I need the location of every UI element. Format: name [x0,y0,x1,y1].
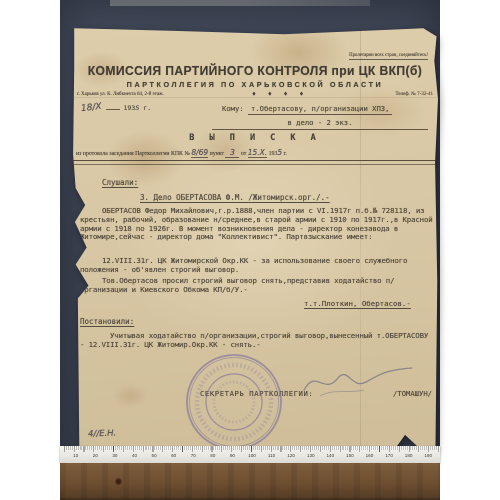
bio-paragraph: ОБЕРТАСОВ Федор Михайлович,г.р.1888,член… [80,207,434,242]
org-subtitle: ПАРТКОЛЛЕГИЯ ПО ХАРЬКОВСКОЙ ОБЛАСТИ [72,80,438,89]
protocol-item-label: пункт [210,151,224,157]
slogan-line: Пролетарии всех стран, соединяйтесь! [349,53,428,60]
measuring-ruler: 1020304050607080901001101201301401501601… [60,446,440,463]
org-title: КОМИССИЯ ПАРТИЙНОГО КОНТРОЛЯ при ЦК ВКП(… [77,64,432,78]
divider-stars: ♦ ♦ ♦ ♦ [252,90,307,98]
ruler-number: 160 [360,453,380,458]
date-printed: 193 [124,104,136,112]
protocol-item-handwritten: 3 [225,148,239,158]
ruler-number: 60 [164,453,184,458]
request-paragraph: Тов.Обертасов просил строгий выговор сня… [80,277,434,295]
copies-line: в дело - 2 экз. [212,118,428,130]
protocol-prefix: из протокола заседания Партколлегии КПК … [76,151,190,157]
document-paper: Пролетарии всех стран, соединяйтесь! КОМ… [72,27,438,451]
ruler-number: 110 [262,453,282,458]
ruler-number: 40 [125,453,145,458]
ruler-number: 10 [66,453,86,458]
protocol-number-handwritten: 8/69 [191,148,208,158]
ruler-number: 150 [340,453,360,458]
ruler-number: 140 [321,453,341,458]
date-blank [106,109,120,110]
ruler-number: 90 [223,453,243,458]
vypiska-title: В Ы П И С К А [72,133,438,143]
ruler-number: 80 [203,453,223,458]
wood-knot [115,477,122,486]
ruler-number: 50 [144,453,164,458]
auction-photo-page: Пролетарии всех стран, соединяйтесь! КОМ… [0,0,500,500]
wooden-table-edge [60,463,440,500]
ruler-number: 100 [242,453,262,458]
ruler-numbers: 1020304050607080901001101201301401501601… [66,453,438,458]
document-photo: Пролетарии всех стран, соединяйтесь! КОМ… [60,0,440,500]
background-edge [110,0,370,6]
address-line: г. Харьков ул. К. Либкнехта 64, 2-й этаж… [77,92,164,97]
paper-wrap: Пролетарии всех стран, соединяйтесь! КОМ… [72,27,438,451]
handwritten-date: 18/X [81,102,103,114]
ruler-number: 170 [379,453,399,458]
ruler-number: 30 [105,453,125,458]
date-row: 18/X 1935 г. [81,103,151,113]
ruler-number: 130 [301,453,321,458]
handwritten-archive-note: 4//Е.Н. [88,429,117,440]
ruler-5mm-ticks [64,446,440,452]
signature-scribble [300,360,418,402]
resolved-label: Постановили: [80,317,134,326]
ruler-number: 120 [281,453,301,458]
case-title-line: 3. Дело ОБЕРТАСОВА Ф.М. /Житомирск.орг./… [140,193,330,202]
ruler-number: 190 [418,453,438,458]
addressee-value: т.Обертасову, п/организации ХПЗ, [248,104,392,115]
heard-label: Слушали: [102,178,138,187]
addressee-label: Кому: [222,104,244,113]
protocol-line: из протокола заседания Партколлегии КПК … [76,148,434,158]
ruler-number: 20 [86,453,106,458]
date-suffix: г. [143,104,151,112]
date-year-digit: 5 [135,104,139,112]
round-stamp [175,343,294,462]
protocol-from: от [241,151,246,157]
protocol-date-handwritten: 15.X. [248,148,267,158]
horizontal-rule [73,160,437,161]
penalty-paragraph: 12.VIII.31г. ЦК Житомирской Окр.КК - за … [80,257,434,275]
protocol-year-digit: 5 [277,148,282,157]
protocol-year-suffix: г. [284,151,287,157]
addressee-row: Кому: т.Обертасову, п/организации ХПЗ, [222,104,392,113]
letterhead-info-row: г. Харьков ул. К. Либкнехта 64, 2-й этаж… [77,90,433,98]
ruler-number: 180 [399,453,419,458]
phone-line: Телеф. № 7-32-41 [396,92,433,97]
ruler-number: 70 [183,453,203,458]
horizontal-rule-2 [72,164,438,165]
attendees-line: т.т.Плоткин, Обертасов.- [304,299,411,308]
